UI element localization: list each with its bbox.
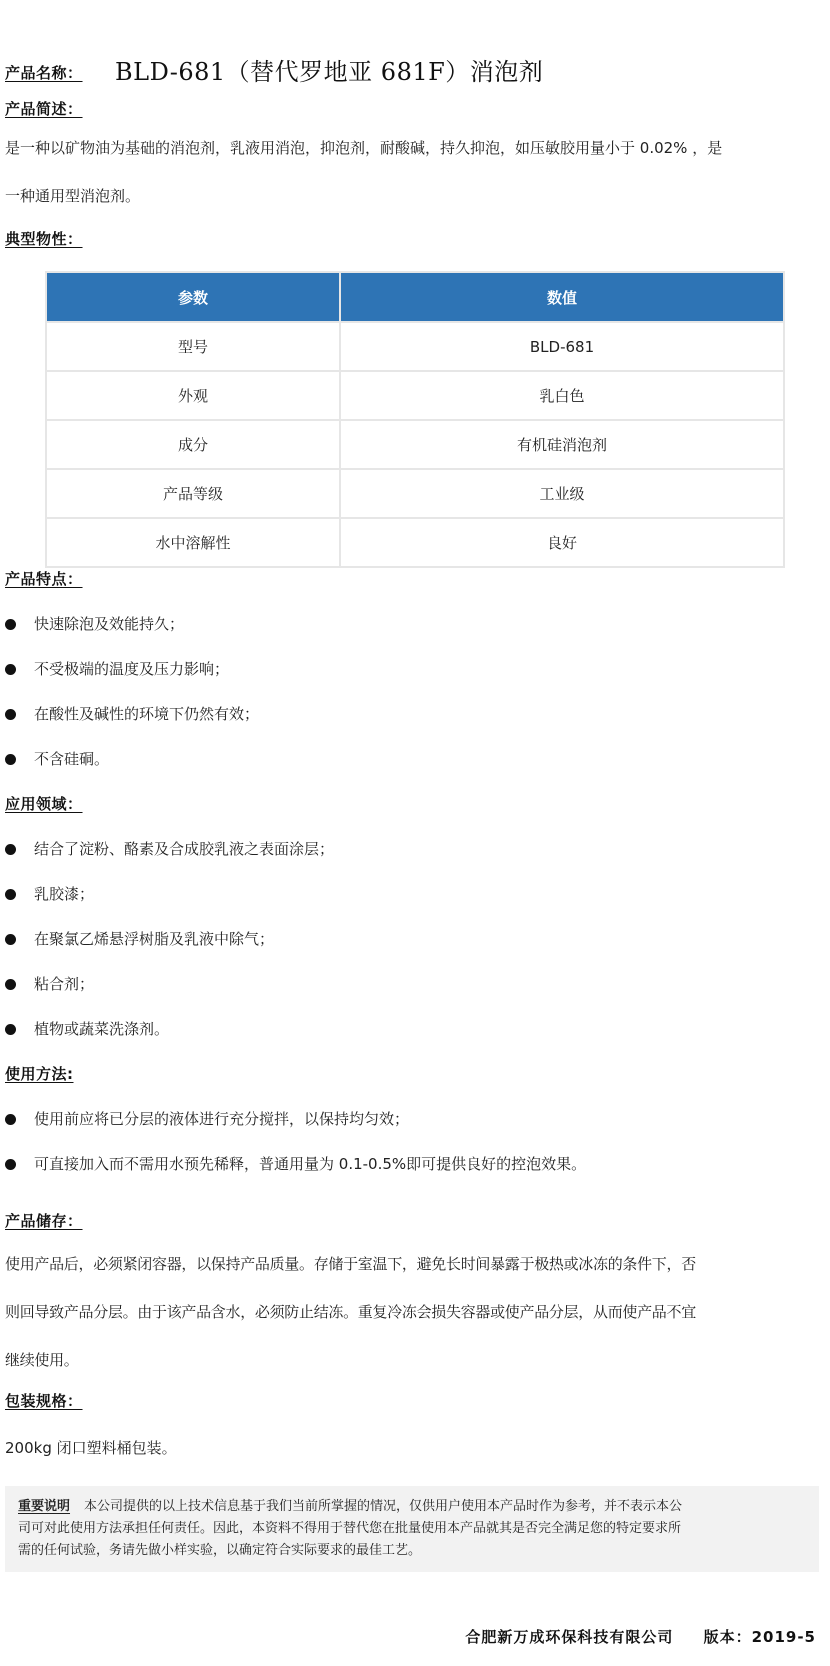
list-item-text: 植物或蔬菜洗涤剂。 xyxy=(34,1020,169,1038)
properties-heading: 典型物性： xyxy=(5,228,83,249)
list-item: 使用前应将已分层的液体进行充分搅拌，以保持均匀效； xyxy=(0,1097,586,1142)
list-item: 植物或蔬菜洗涤剂。 xyxy=(0,1007,334,1052)
applications-heading: 应用领域： xyxy=(5,793,83,814)
list-item-text: 不含硅硐。 xyxy=(34,750,109,768)
storage-line: 继续使用。 xyxy=(5,1336,825,1384)
table-cell-value: 有机硅消泡剂 xyxy=(340,420,784,469)
packaging-text: 200kg 闭口塑料桶包装。 xyxy=(5,1424,825,1472)
bullet-icon xyxy=(5,709,16,720)
table-row: 型号 BLD-681 xyxy=(46,322,784,371)
bullet-icon xyxy=(5,1024,16,1035)
table-cell-value: 良好 xyxy=(340,518,784,567)
list-item-text: 使用前应将已分层的液体进行充分搅拌，以保持均匀效； xyxy=(34,1110,409,1128)
description-heading: 产品简述： xyxy=(5,98,83,119)
list-item: 不受极端的温度及压力影响； xyxy=(0,647,259,692)
list-item: 乳胶漆； xyxy=(0,872,334,917)
description-text: 是一种以矿物油为基础的消泡剂，乳液用消泡，抑泡剂，耐酸碱，持久抑泡，如压敏胶用量… xyxy=(5,124,825,220)
bullet-icon xyxy=(5,754,16,765)
list-item-text: 粘合剂； xyxy=(34,975,94,993)
storage-text: 使用产品后，必须紧闭容器，以保持产品质量。存储于室温下，避免长时间暴露于极热或冰… xyxy=(5,1240,825,1384)
packaging-heading: 包装规格： xyxy=(5,1390,83,1411)
list-item: 粘合剂； xyxy=(0,962,334,1007)
usage-list: 使用前应将已分层的液体进行充分搅拌，以保持均匀效； 可直接加入而不需用水预先稀释… xyxy=(0,1097,586,1187)
table-cell-parameter: 外观 xyxy=(46,371,340,420)
product-name: BLD-681（替代罗地亚 681F）消泡剂 xyxy=(115,52,543,87)
description-line: 一种通用型消泡剂。 xyxy=(5,172,825,220)
bullet-icon xyxy=(5,619,16,630)
table-cell-parameter: 型号 xyxy=(46,322,340,371)
description-line: 是一种以矿物油为基础的消泡剂，乳液用消泡，抑泡剂，耐酸碱，持久抑泡，如压敏胶用量… xyxy=(5,124,825,172)
table-cell-parameter: 水中溶解性 xyxy=(46,518,340,567)
features-list: 快速除泡及效能持久； 不受极端的温度及压力影响； 在酸性及碱性的环境下仍然有效；… xyxy=(0,602,259,782)
version-label: 版本：2019-5 xyxy=(704,1628,816,1646)
storage-heading: 产品储存： xyxy=(5,1210,83,1231)
usage-heading: 使用方法: xyxy=(5,1063,74,1084)
table-row: 水中溶解性 良好 xyxy=(46,518,784,567)
footer: 合肥新万成环保科技有限公司 版本：2019-5 xyxy=(465,1626,816,1647)
list-item: 在酸性及碱性的环境下仍然有效； xyxy=(0,692,259,737)
bullet-icon xyxy=(5,1114,16,1125)
list-item-text: 结合了淀粉、酪素及合成胶乳液之表面涂层； xyxy=(34,840,334,858)
bullet-icon xyxy=(5,664,16,675)
table-cell-value: 工业级 xyxy=(340,469,784,518)
table-cell-value: BLD-681 xyxy=(340,322,784,371)
table-row: 成分 有机硅消泡剂 xyxy=(46,420,784,469)
important-notice: 重要说明本公司提供的以上技术信息基于我们当前所掌握的情况，仅供用户使用本产品时作… xyxy=(5,1486,819,1572)
notice-line: 需的任何试验，务请先做小样实验，以确定符合实际要求的最佳工艺。 xyxy=(18,1540,807,1562)
table-cell-value: 乳白色 xyxy=(340,371,784,420)
list-item: 快速除泡及效能持久； xyxy=(0,602,259,647)
list-item: 可直接加入而不需用水预先稀释，普通用量为 0.1-0.5%即可提供良好的控泡效果… xyxy=(0,1142,586,1187)
applications-list: 结合了淀粉、酪素及合成胶乳液之表面涂层； 乳胶漆； 在聚氯乙烯悬浮树脂及乳液中除… xyxy=(0,827,334,1052)
list-item-text: 在聚氯乙烯悬浮树脂及乳液中除气； xyxy=(34,930,274,948)
notice-line: 司可对此使用方法承担任何责任。因此，本资料不得用于替代您在批量使用本产品就其是否… xyxy=(18,1518,807,1540)
notice-label: 重要说明 xyxy=(18,1499,70,1514)
table-header-row: 参数 数值 xyxy=(46,272,784,322)
list-item-text: 乳胶漆； xyxy=(34,885,94,903)
storage-line: 使用产品后，必须紧闭容器，以保持产品质量。存储于室温下，避免长时间暴露于极热或冰… xyxy=(5,1240,825,1288)
list-item-text: 快速除泡及效能持久； xyxy=(34,615,184,633)
storage-line: 则回导致产品分层。由于该产品含水，必须防止结冻。重复冷冻会损失容器或使产品分层，… xyxy=(5,1288,825,1336)
bullet-icon xyxy=(5,844,16,855)
table-cell-parameter: 成分 xyxy=(46,420,340,469)
bullet-icon xyxy=(5,934,16,945)
bullet-icon xyxy=(5,979,16,990)
list-item-text: 不受极端的温度及压力影响； xyxy=(34,660,229,678)
company-name: 合肥新万成环保科技有限公司 xyxy=(465,1628,673,1646)
column-header-value: 数值 xyxy=(340,272,784,322)
notice-line: 重要说明本公司提供的以上技术信息基于我们当前所掌握的情况，仅供用户使用本产品时作… xyxy=(18,1496,807,1518)
list-item-text: 可直接加入而不需用水预先稀释，普通用量为 0.1-0.5%即可提供良好的控泡效果… xyxy=(34,1155,586,1173)
list-item: 不含硅硐。 xyxy=(0,737,259,782)
table-row: 外观 乳白色 xyxy=(46,371,784,420)
features-heading: 产品特点： xyxy=(5,568,83,589)
table-row: 产品等级 工业级 xyxy=(46,469,784,518)
table-cell-parameter: 产品等级 xyxy=(46,469,340,518)
column-header-parameter: 参数 xyxy=(46,272,340,322)
notice-text: 本公司提供的以上技术信息基于我们当前所掌握的情况，仅供用户使用本产品时作为参考，… xyxy=(84,1499,682,1514)
product-name-label: 产品名称： xyxy=(5,62,83,83)
list-item: 在聚氯乙烯悬浮树脂及乳液中除气； xyxy=(0,917,334,962)
list-item-text: 在酸性及碱性的环境下仍然有效； xyxy=(34,705,259,723)
list-item: 结合了淀粉、酪素及合成胶乳液之表面涂层； xyxy=(0,827,334,872)
properties-table: 参数 数值 型号 BLD-681 外观 乳白色 成分 有机硅消泡剂 产品等级 工… xyxy=(45,271,785,568)
bullet-icon xyxy=(5,1159,16,1170)
bullet-icon xyxy=(5,889,16,900)
